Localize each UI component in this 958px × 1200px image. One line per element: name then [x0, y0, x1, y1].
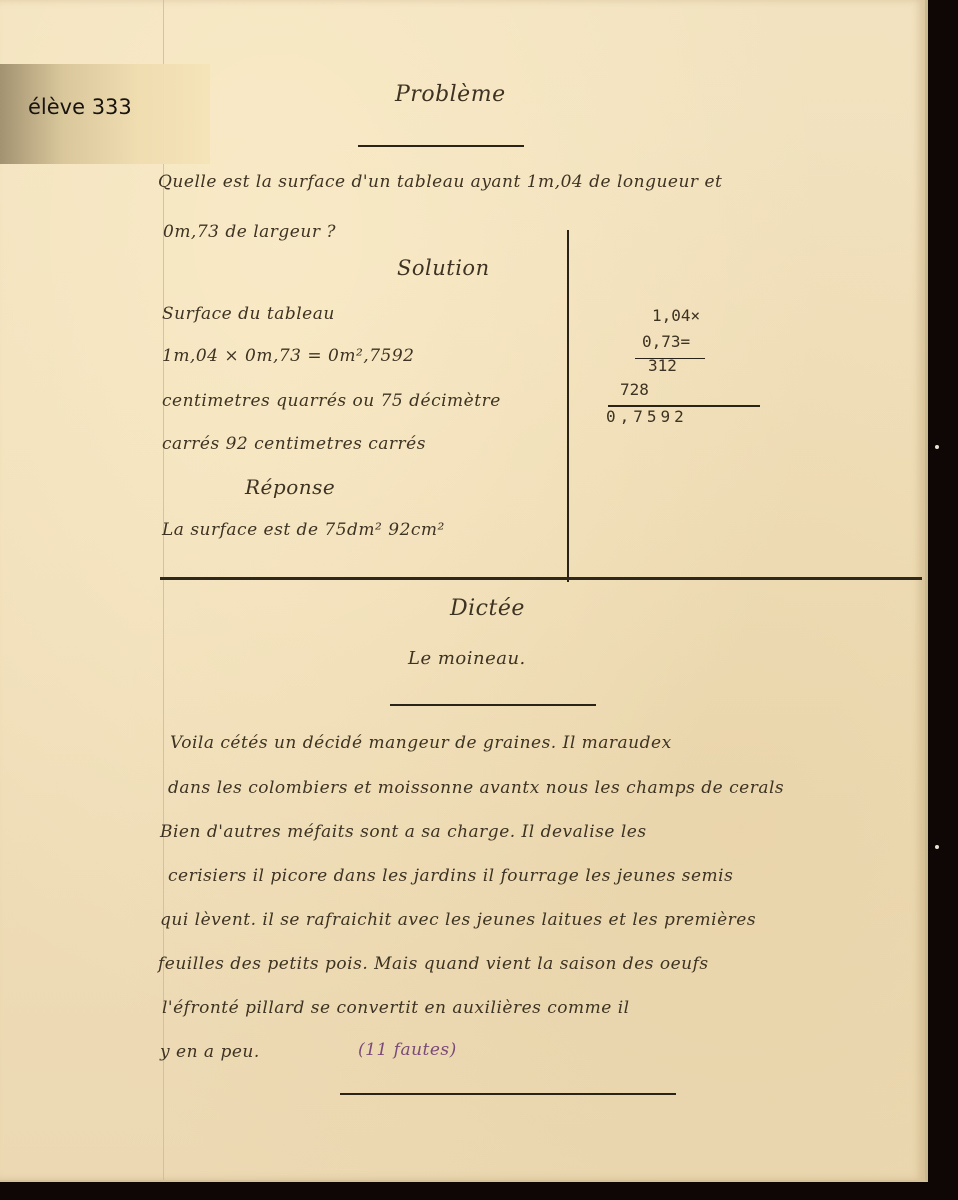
question-line-1: Quelle est la surface d'un tableau ayant… — [158, 172, 722, 192]
calc-line-1: 1,04× — [652, 306, 700, 325]
dictee-line: feuilles des petits pois. Mais quand vie… — [158, 954, 709, 974]
binding-hole — [935, 445, 939, 449]
end-underline — [340, 1093, 676, 1095]
dictee-line: l'éfronté pillard se convertit en auxili… — [162, 998, 630, 1018]
calc-line-2: 0,73= — [642, 332, 690, 351]
reponse-text: La surface est de 75dm² 92cm² — [162, 520, 445, 540]
section-divider — [160, 577, 922, 580]
solution-line: 1m,04 × 0m,73 = 0m²,7592 — [162, 346, 414, 366]
dictee-underline — [390, 704, 596, 706]
solution-line: Surface du tableau — [162, 304, 335, 324]
notebook-page: élève 333 Problème Quelle est la surface… — [0, 0, 928, 1182]
vertical-divider — [567, 230, 569, 582]
dictee-line: dans les colombiers et moissonne avantx … — [168, 778, 784, 798]
title-underline — [358, 145, 524, 147]
dictee-subtitle: Le moineau. — [408, 648, 526, 669]
student-label: élève 333 — [28, 95, 132, 119]
calc-result: 0,7592 — [606, 407, 688, 426]
calc-line-3: 312 — [648, 356, 677, 375]
dictee-title: Dictée — [450, 596, 525, 621]
calc-line-4: 728 — [620, 380, 649, 399]
dictee-line: Bien d'autres méfaits sont a sa charge. … — [160, 822, 647, 842]
solution-line: carrés 92 centimetres carrés — [162, 434, 426, 454]
grade-annotation: (11 fautes) — [358, 1040, 457, 1060]
solution-title: Solution — [397, 256, 490, 280]
dictee-line: Voila cétés un décidé mangeur de graines… — [170, 733, 672, 753]
probleme-title: Problème — [395, 82, 506, 107]
dictee-line: y en a peu. — [160, 1042, 260, 1062]
binding-hole — [935, 845, 939, 849]
reponse-title: Réponse — [245, 475, 335, 499]
solution-line: centimetres quarrés ou 75 décimètre — [162, 391, 501, 411]
dictee-line: qui lèvent. il se rafraichit avec les je… — [160, 910, 756, 930]
question-line-2: 0m,73 de largeur ? — [163, 222, 336, 242]
dictee-line: cerisiers il picore dans les jardins il … — [168, 866, 733, 886]
